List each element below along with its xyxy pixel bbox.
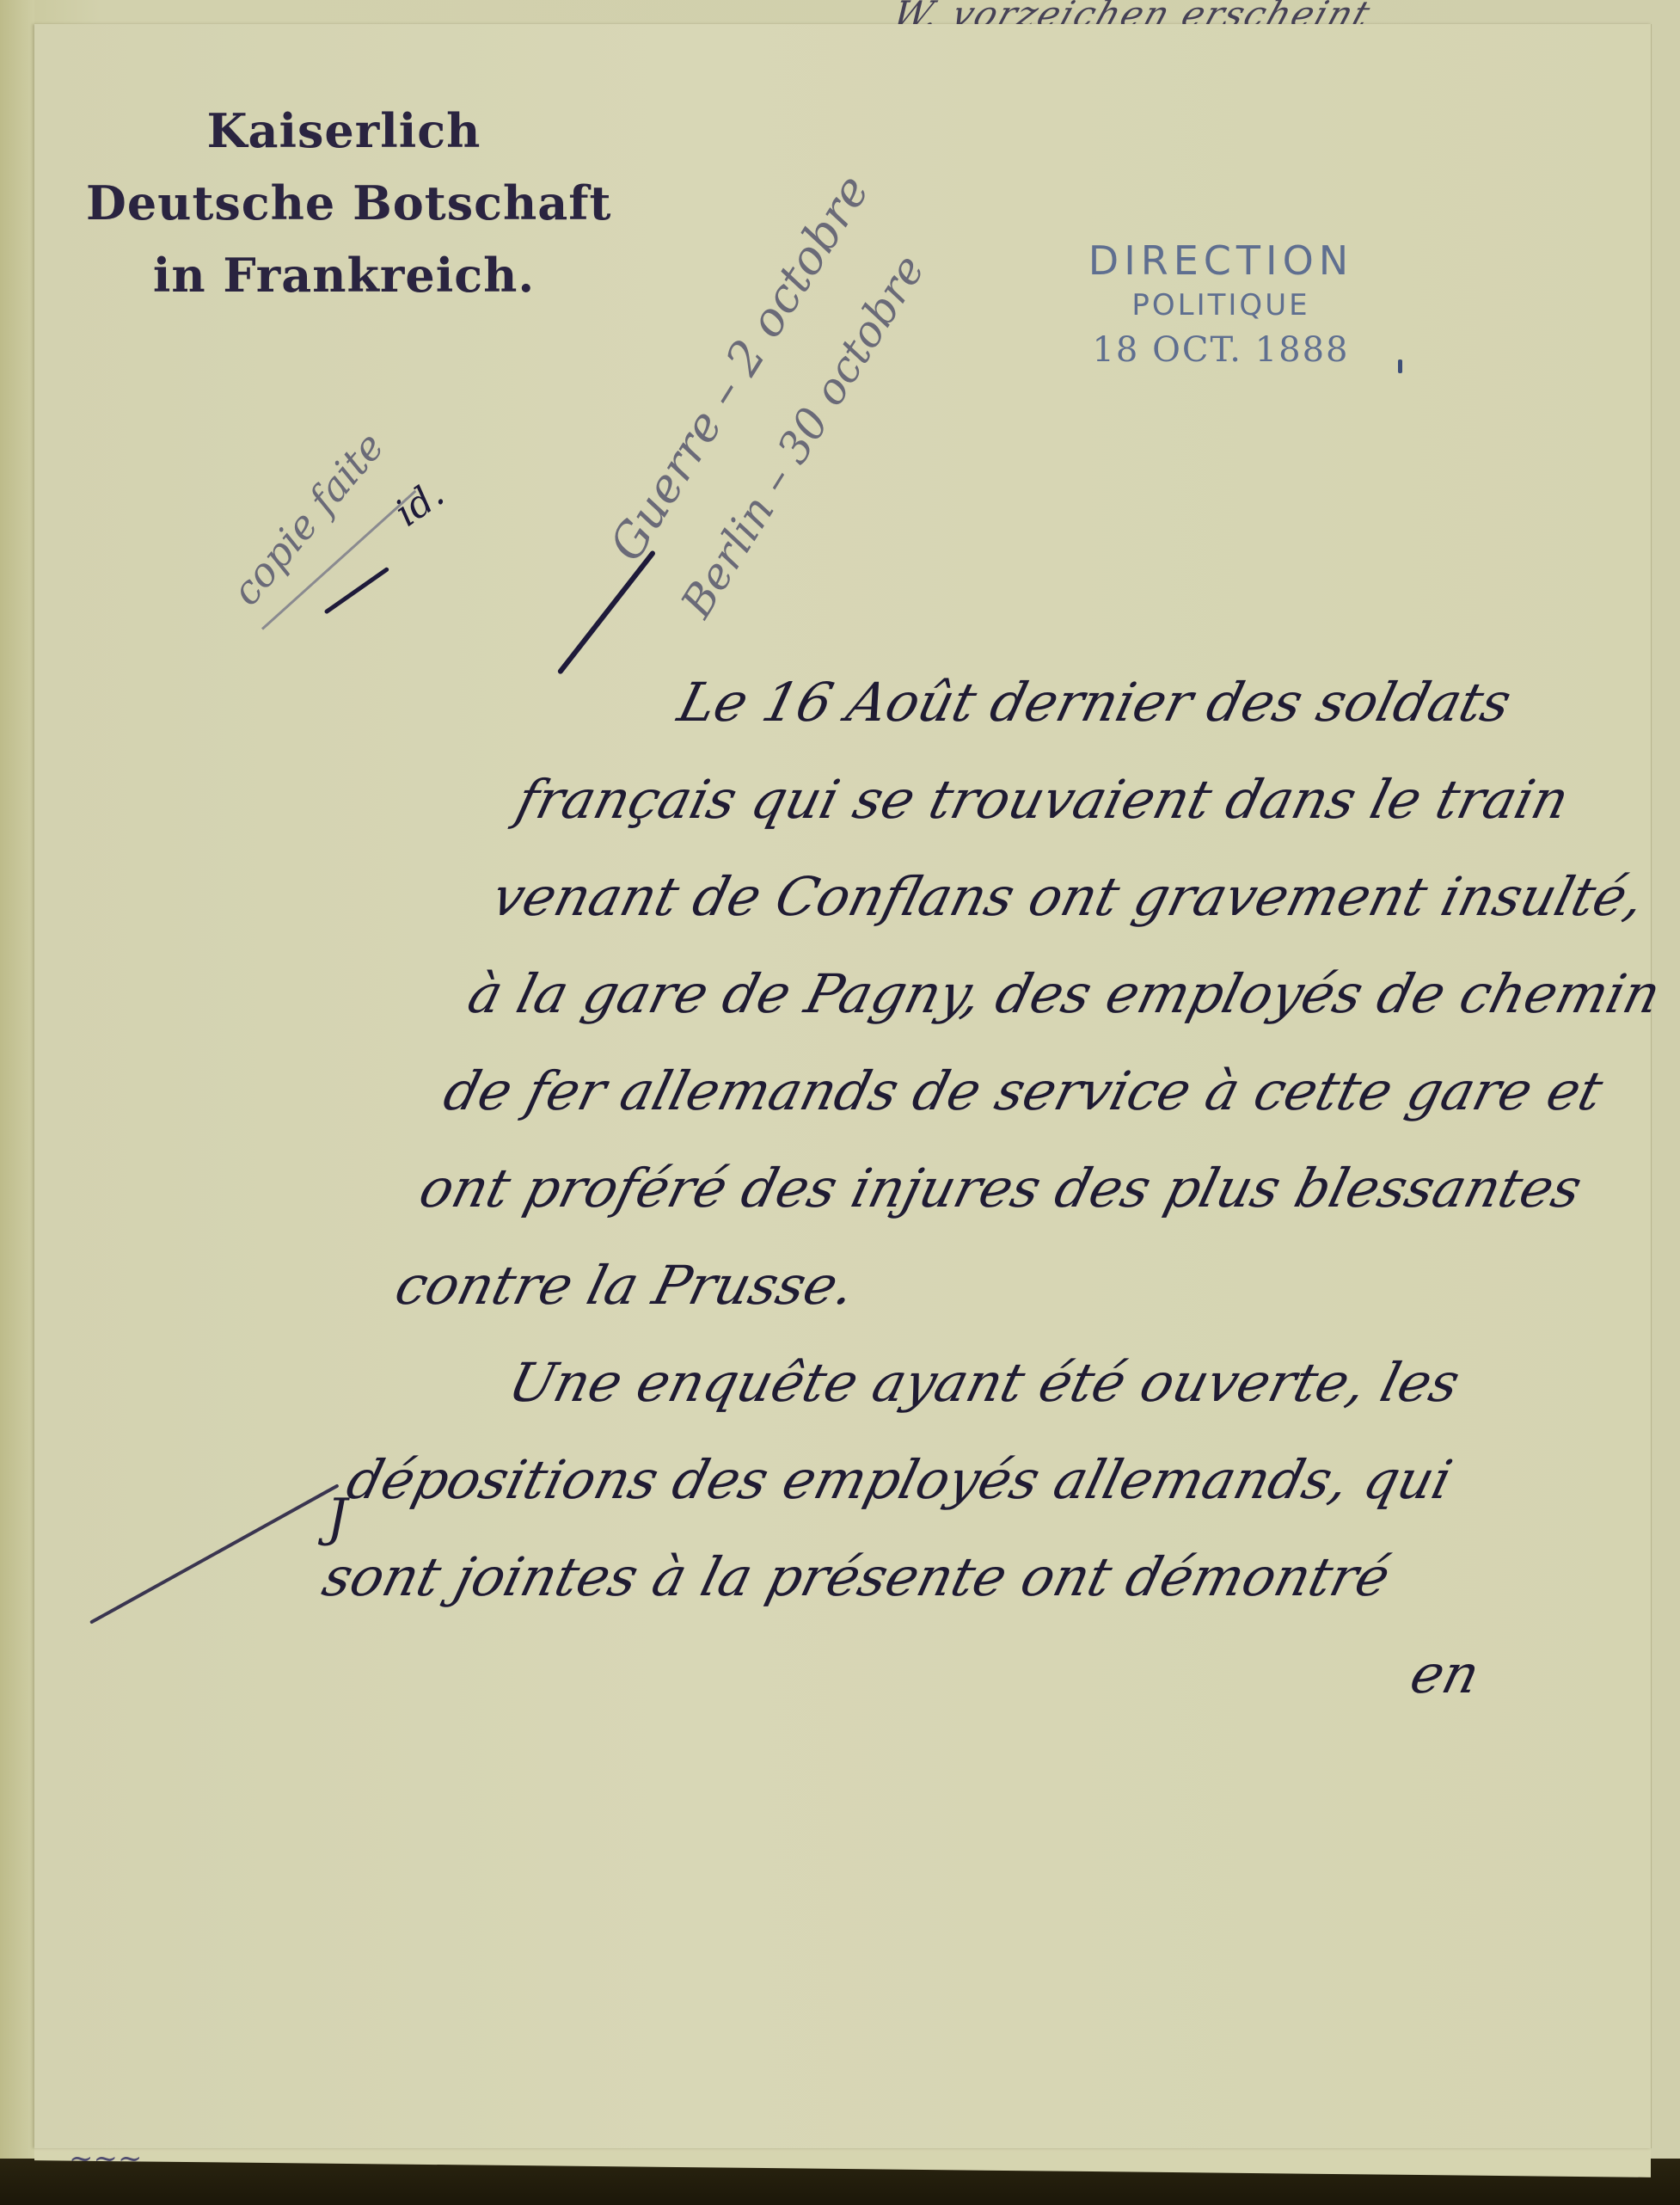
body-line: ont proféré des injures des plus blessan… (409, 1139, 1637, 1237)
body-line: sont jointes à la présente ont démontré (312, 1528, 1540, 1625)
stamp-mark (1398, 359, 1402, 373)
body-line: Le 16 Août dernier des soldats (530, 654, 1680, 751)
letterhead-line: Kaiserlich (86, 95, 602, 167)
received-stamp: DIRECTION POLITIQUE 18 OCT. 1888 (1040, 239, 1401, 372)
letterhead: Kaiserlich Deutsche Botschaft in Frankre… (86, 95, 602, 311)
body-line: à la gare de Pagny, des employés de chem… (457, 945, 1680, 1042)
letterhead-line: Deutsche Botschaft (86, 167, 602, 239)
stamp-direction: DIRECTION (1040, 239, 1401, 282)
stamp-date: 18 OCT. 1888 (1040, 329, 1401, 372)
body-line: Une enquête ayant été ouverte, les (361, 1334, 1589, 1431)
body-line: venant de Conflans ont gravement insulté… (481, 848, 1680, 945)
underlying-sheet-left-edge (0, 0, 34, 2167)
body-line: français qui se trouvaient dans le train (506, 751, 1680, 848)
body-line: contre la Prusse. (385, 1237, 1613, 1334)
body-line: dépositions des employés allemands, qui (336, 1431, 1564, 1528)
body-line: de fer allemands de service à cette gare… (433, 1042, 1661, 1139)
stamp-politique: POLITIQUE (1040, 286, 1401, 325)
catchword: en (288, 1625, 1516, 1723)
letterhead-line: in Frankreich. (86, 239, 602, 311)
